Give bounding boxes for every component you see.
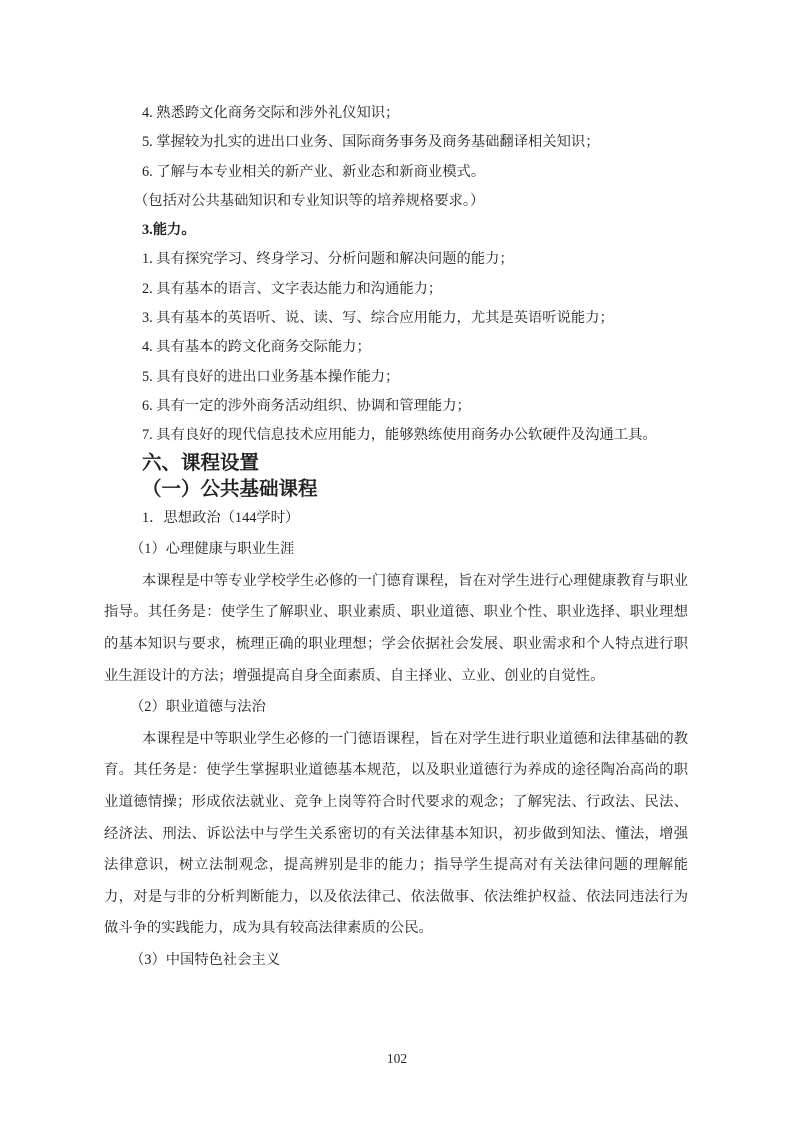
course2-description: 本课程是中等职业学生必修的一门德语课程，旨在对学生进行职业道德和法律基础的教育。… (104, 724, 688, 945)
ability-item: 5. 具有良好的进出口业务基本操作能力； (104, 363, 688, 392)
knowledge-item: 5. 掌握较为扎实的进出口业务、国际商务事务及商务基础翻译相关知识； (104, 128, 688, 157)
page-number: 102 (387, 1051, 407, 1066)
course1-description: 本课程是中等专业学校学生必修的一门德育课程，旨在对学生进行心理健康教育与职业指导… (104, 566, 688, 692)
knowledge-item: 6. 了解与本专业相关的新产业、新业态和新商业模式。 (104, 158, 688, 187)
course1-subtitle: （1）心理健康与职业生涯 (104, 534, 688, 566)
document-page: 4. 熟悉跨文化商务交际和涉外礼仪知识； 5. 掌握较为扎实的进出口业务、国际商… (0, 0, 794, 1123)
subsection-heading-public-basic-courses: （一）公共基础课程 (104, 477, 688, 503)
ability-item: 2. 具有基本的语言、文字表达能力和沟通能力； (104, 275, 688, 304)
ability-heading: 3.能力。 (104, 216, 688, 245)
ability-item: 7. 具有良好的现代信息技术应用能力，能够熟练使用商务办公软硬件及沟通工具。 (104, 421, 688, 450)
document-content: 4. 熟悉跨文化商务交际和涉外礼仪知识； 5. 掌握较为扎实的进出口业务、国际商… (104, 99, 688, 976)
course3-subtitle: （3）中国特色社会主义 (104, 945, 688, 977)
ability-item: 3. 具有基本的英语听、说、读、写、综合应用能力，尤其是英语听说能力； (104, 304, 688, 333)
course-title-ideology-politics: 1．思想政治（144学时） (104, 503, 688, 535)
ability-item: 1. 具有探究学习、终身学习、分析问题和解决问题的能力； (104, 245, 688, 274)
ability-item: 4. 具有基本的跨文化商务交际能力； (104, 333, 688, 362)
course2-subtitle: （2）职业道德与法治 (104, 692, 688, 724)
section-heading-curriculum: 六、课程设置 (104, 451, 688, 477)
page-footer: 102 (0, 1051, 794, 1067)
ability-item: 6. 具有一定的涉外商务活动组织、协调和管理能力； (104, 392, 688, 421)
knowledge-item: 4. 熟悉跨文化商务交际和涉外礼仪知识； (104, 99, 688, 128)
training-spec-note: （包括对公共基础知识和专业知识等的培养规格要求。） (104, 187, 688, 216)
